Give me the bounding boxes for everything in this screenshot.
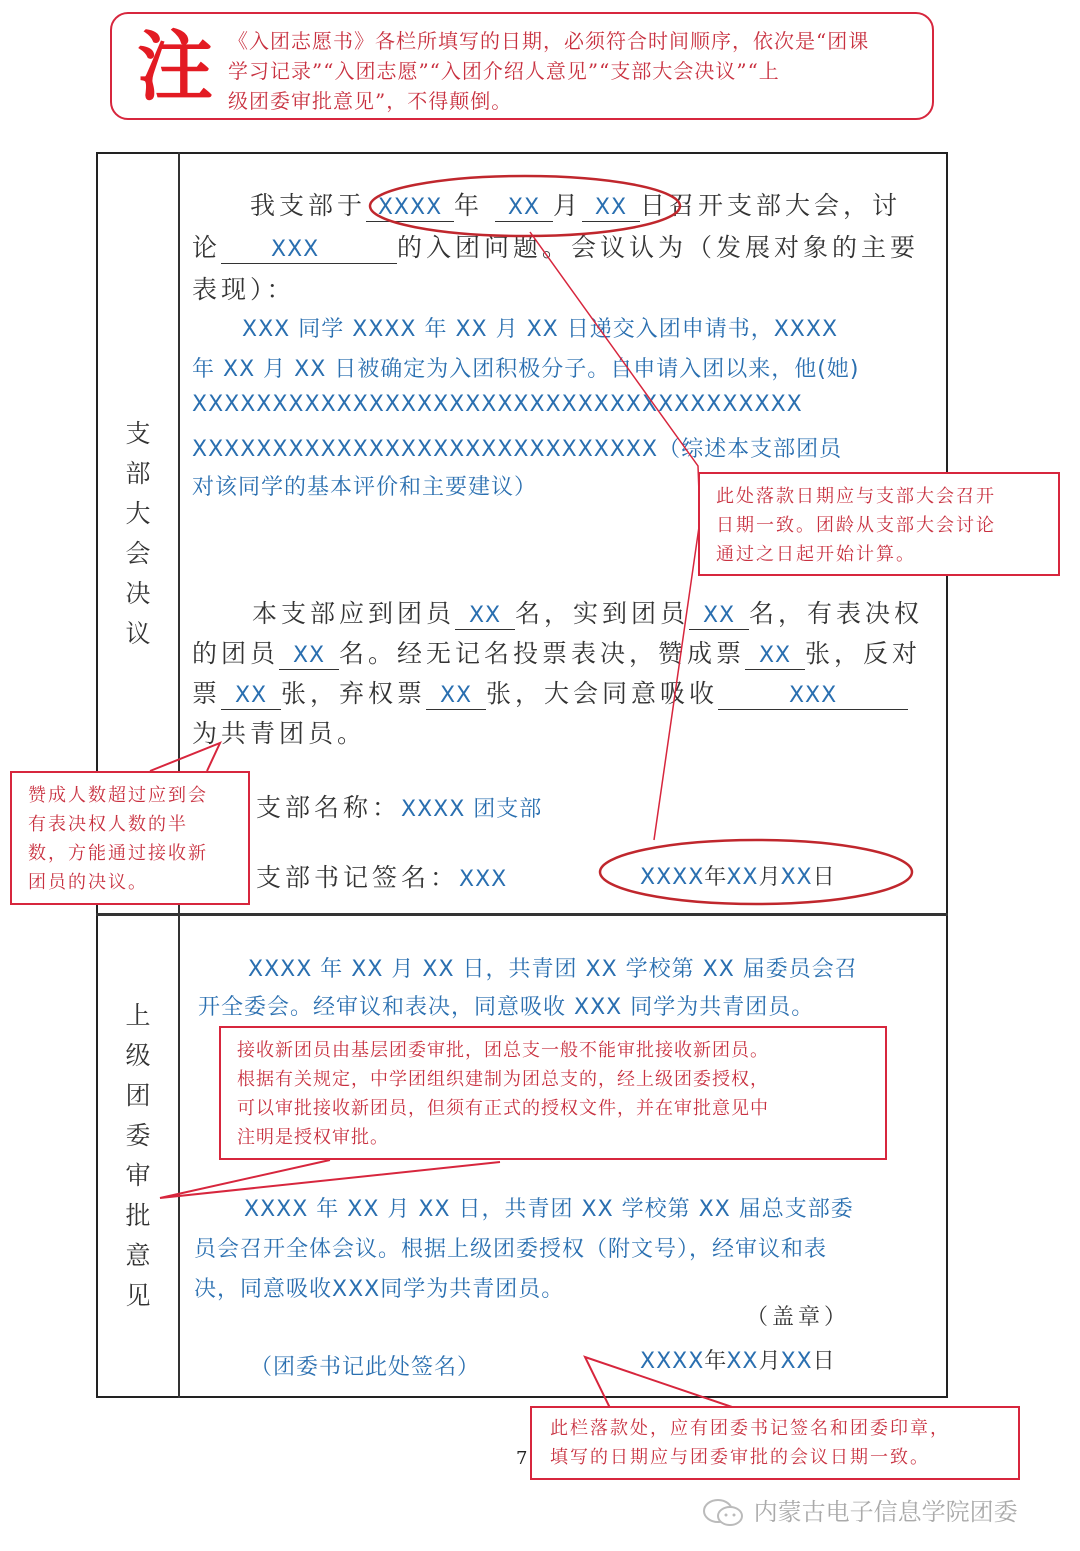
approval-para1-line: 开全委会。经审议和表决，同意吸收 XXX 同学为共青团员。 — [198, 990, 814, 1021]
meeting-day-field: XX — [582, 195, 640, 222]
vote-line-1: 本支部应到团员XX名，实到团员XX名，有表决权 — [252, 594, 923, 630]
approval-para2-line: 决，同意吸收XXX同学为共青团员。 — [194, 1272, 564, 1303]
intro-line-3: 表现）： — [192, 270, 296, 306]
note-text: 《入团志愿书》各栏所填写的日期，必须符合时间顺序，依次是“团课 学习记录”“入团… — [228, 26, 928, 116]
callout-date-match: 此处落款日期应与支部大会召开 日期一致。团龄从支部大会讨论 通过之日起开始计算。 — [698, 472, 1060, 576]
approval-para2-line: 员会召开全体会议。根据上级团委授权（附文号），经审议和表 — [194, 1232, 827, 1263]
evaluation-line: XXXXXXXXXXXXXXXXXXXXXXXXXXXXXXXXXXXXXX — [192, 392, 803, 417]
evaluation-line: XXXXXXXXXXXXXXXXXXXXXXXXXXXXX（综述本支部团员 — [192, 432, 842, 463]
evaluation-line: XXX 同学 XXXX 年 XX 月 XX 日递交入团申请书，XXXX — [242, 312, 838, 343]
signature-hint: （团委书记此处签名） — [250, 1350, 480, 1381]
secretary-signature: XXX — [459, 867, 507, 892]
section-label-committee-approval: 上 级 团 委 审 批 意 见 — [118, 996, 158, 1316]
expected-members-field: XX — [455, 603, 515, 630]
note-line: 学习记录”“入团志愿”“入团介绍人意见”“支部大会决议”“上 — [228, 56, 928, 86]
vote-line-4: 为共青团员。 — [192, 714, 366, 750]
intro-line-1: 我支部于XXXX年 XX月XX日召开支部大会，讨 — [250, 186, 901, 222]
no-votes-field: XX — [221, 683, 281, 710]
abstain-votes-field: XX — [426, 683, 486, 710]
branch-name-row: 支部名称：XXXX 团支部 — [256, 788, 542, 824]
section-label-branch-meeting: 支 部 大 会 决 议 — [118, 414, 158, 654]
callout-approval: 接收新团员由基层团委审批，团总支一般不能审批接收新团员。 根据有关规定，中学团组… — [219, 1026, 887, 1160]
note-mark: 注 — [132, 22, 218, 112]
approval-para1-line: XXXX 年 XX 月 XX 日，共青团 XX 学校第 XX 届委员会召 — [248, 952, 858, 983]
secretary-row: 支部书记签名：XXX — [256, 858, 507, 894]
section-divider — [96, 913, 948, 916]
yes-votes-field: XX — [745, 643, 805, 670]
note-line: 级团委审批意见”，不得颠倒。 — [228, 86, 928, 116]
seal-placeholder: （盖章） — [746, 1300, 850, 1331]
meeting-month-field: XX — [495, 195, 553, 222]
intro-line-2: 论XXX的入团问题。会议认为（发展对象的主要 — [192, 228, 919, 264]
vote-line-3: 票XX张，弃权票XX张，大会同意吸收XXX — [192, 674, 908, 710]
wechat-icon — [700, 1498, 754, 1526]
page-number: 7 — [516, 1448, 527, 1469]
note-line: 《入团志愿书》各栏所填写的日期，必须符合时间顺序，依次是“团课 — [228, 26, 928, 56]
evaluation-line: 年 XX 月 XX 日被确定为入团积极分子。自申请入团以来，他(她) — [192, 352, 859, 383]
watermark: 内蒙古电子信息学院团委 — [700, 1492, 1018, 1529]
admitted-name-field: XXX — [718, 683, 908, 710]
voting-members-field: XX — [279, 643, 339, 670]
applicant-name-field: XXX — [221, 237, 397, 264]
branch-name-value: XXXX 团支部 — [401, 797, 542, 822]
watermark-text: 内蒙古电子信息学院团委 — [754, 1498, 1018, 1526]
approval-date: XXXX年XX月XX日 — [640, 1344, 835, 1375]
branch-meeting-date: XXXX年XX月XX日 — [640, 860, 835, 891]
present-members-field: XX — [689, 603, 749, 630]
callout-majority: 赞成人数超过应到会 有表决权人数的半 数，方能通过接收新 团员的决议。 — [10, 771, 250, 905]
vote-line-2: 的团员XX名。经无记名投票表决，赞成票XX张，反对 — [192, 634, 921, 670]
callout-signature: 此栏落款处，应有团委书记签名和团委印章， 填写的日期应与团委审批的会议日期一致。 — [530, 1406, 1020, 1480]
approval-para2-line: XXXX 年 XX 月 XX 日，共青团 XX 学校第 XX 届总支部委 — [244, 1192, 854, 1223]
evaluation-line: 对该同学的基本评价和主要建议） — [192, 470, 537, 501]
meeting-year-field: XXXX — [366, 195, 454, 222]
